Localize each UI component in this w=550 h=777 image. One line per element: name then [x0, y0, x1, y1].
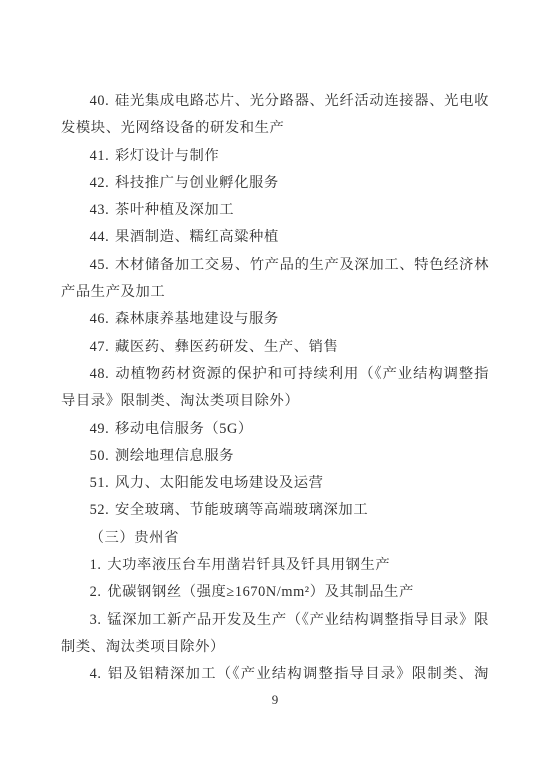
list-item: 50.测绘地理信息服务 — [61, 443, 489, 470]
item-number: 40. — [90, 93, 110, 109]
item-text: 彩灯设计与制作 — [115, 148, 219, 164]
item-number: 42. — [90, 175, 110, 191]
item-text: 森林康养基地建设与服务 — [115, 311, 279, 327]
item-number: 4. — [90, 666, 102, 682]
item-number: 51. — [90, 475, 110, 491]
list-item: 2.优碳钢钢丝（强度≥1670N/mm²）及其制品生产 — [61, 579, 489, 606]
item-number: 49. — [90, 421, 110, 437]
list-item: 41.彩灯设计与制作 — [61, 143, 489, 170]
item-number: 50. — [90, 448, 110, 464]
item-text: 移动电信服务（5G） — [115, 421, 253, 437]
item-number: 3. — [90, 612, 102, 628]
item-text: 大功率液压台车用凿岩钎具及钎具用钢生产 — [107, 557, 390, 573]
item-number: 41. — [90, 148, 110, 164]
list-item: 46.森林康养基地建设与服务 — [61, 306, 489, 333]
item-number: 46. — [90, 311, 110, 327]
list-item: 45.木材储备加工交易、竹产品的生产及深加工、特色经济林产品生产及加工 — [61, 252, 489, 307]
document-page: 40.硅光集成电路芯片、光分路器、光纤活动连接器、光电收发模块、光网络设备的研发… — [0, 0, 550, 777]
list-item: 51.风力、太阳能发电场建设及运营 — [61, 470, 489, 497]
item-text: 优碳钢钢丝（强度≥1670N/mm²）及其制品生产 — [107, 584, 414, 600]
section-heading: （三）贵州省 — [61, 525, 489, 552]
list-item: 42.科技推广与创业孵化服务 — [61, 170, 489, 197]
item-number: 43. — [90, 202, 110, 218]
item-text: 茶叶种植及深加工 — [115, 202, 234, 218]
item-number: 2. — [90, 584, 102, 600]
item-text: 木材储备加工交易、竹产品的生产及深加工、特色经济林产品生产及加工 — [61, 257, 489, 300]
list-item: 49.移动电信服务（5G） — [61, 416, 489, 443]
document-body: 40.硅光集成电路芯片、光分路器、光纤活动连接器、光电收发模块、光网络设备的研发… — [61, 88, 489, 689]
list-item: 48.动植物药材资源的保护和可持续利用（《产业结构调整指导目录》限制类、淘汰类项… — [61, 361, 489, 416]
item-text: 动植物药材资源的保护和可持续利用（《产业结构调整指导目录》限制类、淘汰类项目除外… — [61, 366, 489, 409]
list-item: 47.藏医药、彝医药研发、生产、销售 — [61, 334, 489, 361]
list-item: 4.铝及铝精深加工（《产业结构调整指导目录》限制类、淘 — [61, 661, 489, 688]
item-number: 1. — [90, 557, 102, 573]
item-text: 锰深加工新产品开发及生产（《产业结构调整指导目录》限制类、淘汰类项目除外） — [61, 612, 489, 655]
item-text: 铝及铝精深加工（《产业结构调整指导目录》限制类、淘 — [107, 666, 489, 682]
list-item: 40.硅光集成电路芯片、光分路器、光纤活动连接器、光电收发模块、光网络设备的研发… — [61, 88, 489, 143]
item-number: 48. — [90, 366, 110, 382]
item-text: 藏医药、彝医药研发、生产、销售 — [115, 339, 338, 355]
item-text: 安全玻璃、节能玻璃等高端玻璃深加工 — [115, 502, 368, 518]
item-number: 44. — [90, 229, 110, 245]
list-item: 43.茶叶种植及深加工 — [61, 197, 489, 224]
item-number: 47. — [90, 339, 110, 355]
list-item: 1.大功率液压台车用凿岩钎具及钎具用钢生产 — [61, 552, 489, 579]
list-item: 52.安全玻璃、节能玻璃等高端玻璃深加工 — [61, 497, 489, 524]
item-number: 52. — [90, 502, 110, 518]
list-item: 44.果酒制造、糯红高粱种植 — [61, 224, 489, 251]
item-number: 45. — [90, 257, 110, 273]
item-text: 科技推广与创业孵化服务 — [115, 175, 279, 191]
list-item: 3.锰深加工新产品开发及生产（《产业结构调整指导目录》限制类、淘汰类项目除外） — [61, 607, 489, 662]
page-number: 9 — [0, 692, 550, 708]
item-text: 测绘地理信息服务 — [115, 448, 234, 464]
item-text: 硅光集成电路芯片、光分路器、光纤活动连接器、光电收发模块、光网络设备的研发和生产 — [61, 93, 489, 136]
item-text: 风力、太阳能发电场建设及运营 — [115, 475, 324, 491]
item-text: 果酒制造、糯红高粱种植 — [115, 229, 279, 245]
